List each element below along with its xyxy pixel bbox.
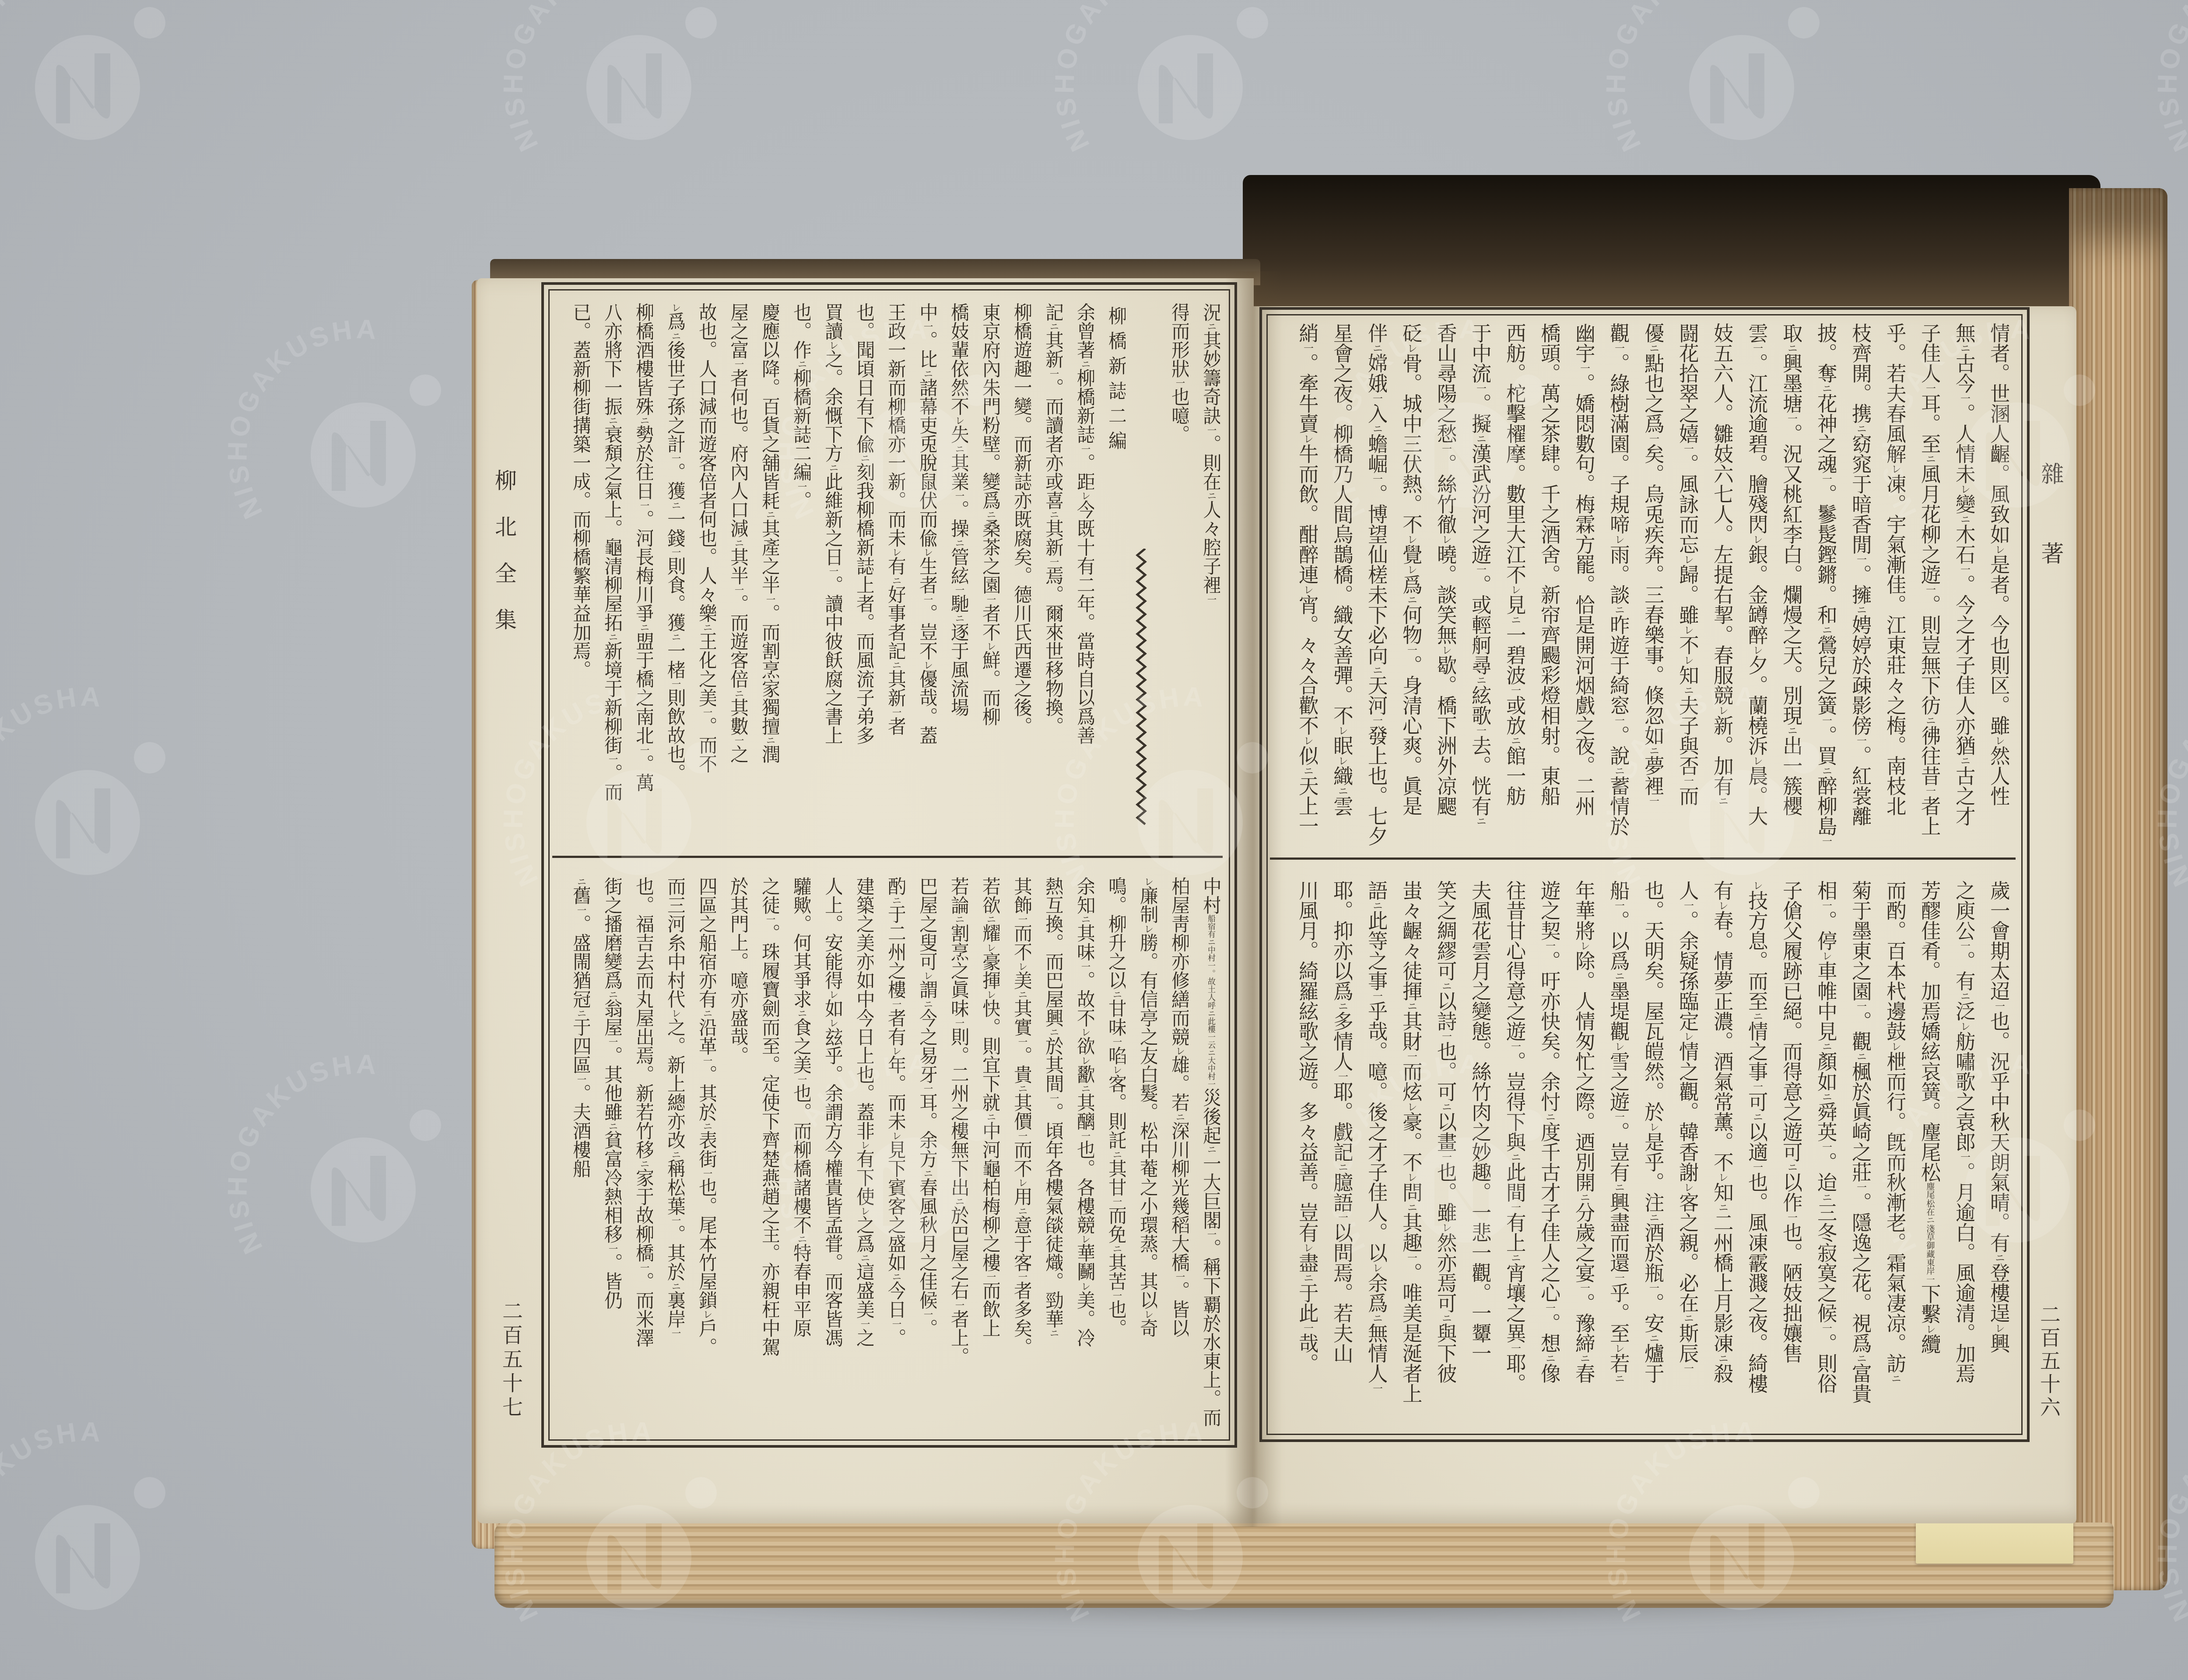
text-column: 星會之夜。柳橋乃人間烏鵲橋。織女善彈。不レ眠レ織ニ雲 [1318, 323, 1352, 848]
kunten-mark: ニ [796, 1234, 807, 1244]
kunten-mark: ⼀ [670, 679, 681, 689]
kunten-mark: ニ [1048, 322, 1059, 331]
kunten-mark: ニ [1786, 725, 1797, 735]
text-column: 也。聞頃日有下偸ニ刻我柳橋新誌上者。而風流子弟多 [842, 303, 873, 849]
text-column: 語ニ此等之事⼀乎哉。噫。後之才子佳人。以レ余爲ニ無情人⼀ [1352, 880, 1387, 1430]
kunten-mark: ⼀ [1475, 383, 1486, 393]
text-column: 夫風花雲月之變態。絲竹肉之妙趣。一悲一觀。一顰一 [1456, 880, 1490, 1430]
kunten-mark: レ [1406, 534, 1417, 544]
text-column: 笑之綢繆可ニ以詩⼀也。可ニ以畫⼀也。雖レ然亦焉可ニ與下彼 [1421, 880, 1456, 1430]
kunten-mark: レ [859, 1206, 870, 1216]
kunten-mark: ⼀ [670, 1328, 681, 1338]
text-column: 況ニ其妙籌奇訣⼀。則在ニ人々腔子裡⼀ [1189, 303, 1220, 849]
page-stack-bottom-edge [494, 1522, 2114, 1608]
kunten-mark: ⼀ [1440, 444, 1452, 454]
kunten-mark: ニ [1890, 1373, 1901, 1383]
text-column: 觀⼀。綠樹滿園。子規啼レ雨。談ニ昨遊于綺窓⼀。說ニ蓄情於 [1594, 323, 1629, 848]
kunten-mark: ニ [1440, 1313, 1452, 1323]
kunten-mark: ニ [733, 538, 744, 548]
kunten-mark: ⼀ [1855, 1001, 1866, 1011]
text-column: ニ舊⼀。盛閙猶冠ニ于四區⼀。夫酒樓船 [558, 877, 590, 1440]
kunten-mark: レ [985, 943, 996, 952]
text-column: 熱互換。而巴屋興ニ於其間⼀。頃年各樓氣燄徒熾。勁華ニ [1031, 877, 1062, 1440]
kunten-mark: ⼀ [1080, 444, 1090, 454]
kunten-mark: レ [1406, 1172, 1417, 1182]
kunten-mark: ⼀ [701, 1169, 712, 1178]
text-column: 相⼀。停レ車帷中見ニ顏如ニ舜英⼀。迨ニ三冬寂寞之候⼀。則俗 [1802, 880, 1836, 1430]
text-column: 慶應以降。百貨之舖皆耗ニ其產之半⼀。而割烹家獨擅ニ潤 [747, 303, 779, 849]
text-column: 菊于墨東之園⼀。觀ニ楓於眞崎之莊⼀。隱逸之花。視爲ニ富貴 [1836, 880, 1871, 1430]
section-title: 柳橋新誌二編 [1094, 303, 1126, 852]
kunten-mark: ⼀ [1855, 735, 1866, 745]
kunten-mark: ニ [1820, 766, 1832, 776]
kunten-mark: ニ [1475, 816, 1486, 826]
kunten-mark: ⼀ [575, 1074, 586, 1084]
kunten-mark: レ [1302, 434, 1313, 444]
text-column: 而酌。百本杙邊鼓レ枻而行。旣而秋漸老。霜氣凄凉。訪ニ [1871, 880, 1905, 1430]
kunten-mark: ニ [891, 1272, 901, 1281]
kunten-mark: ⼀ [1786, 1212, 1797, 1222]
kunten-mark: ニ [701, 1008, 712, 1018]
kunten-mark: ⼀ [1174, 1272, 1185, 1281]
kunten-mark: ニ [1080, 359, 1090, 369]
text-column: 驩歟。何其爭求ニ食之美⼀也。而柳橋諸樓不ニ特春申平原 [779, 877, 810, 1440]
kunten-mark: レ [1406, 564, 1417, 574]
text-column: 遊之契⼀。吁亦快矣。余忖ニ度千古才子佳人之心⼀。想ニ像 [1525, 880, 1560, 1430]
kunten-mark: レ [922, 660, 933, 670]
kunten-mark: ⼀ [1544, 941, 1555, 951]
text-column: 雲⼀。江流逾碧。膾殘閃レ銀。金罇醉レ夕。蘭橈泝レ晨。大 [1732, 323, 1767, 848]
page-stack-fore-edge-right [2069, 188, 2167, 1590]
kunten-mark: レ [1302, 584, 1313, 595]
kunten-mark: ⼀ [1440, 1031, 1452, 1041]
text-column: 砭レ骨。城中三伏熱。不レ覺レ爲ニ何物⼀。身清心爽。眞是 [1387, 323, 1421, 848]
kunten-mark: ニ [701, 623, 712, 632]
kunten-mark: レ [701, 1309, 712, 1319]
kunten-mark: レ [828, 990, 838, 999]
kunten-mark: ニ [1509, 615, 1521, 625]
text-column: 無ニ古今⼀。人情未レ變ニ木石⼀。今之才子佳人亦猶ニ古之才 [1940, 323, 1974, 848]
kunten-mark: レ [1924, 1324, 1936, 1334]
kunten-mark: ⼀ [1509, 1343, 1521, 1353]
kunten-mark: ニ [638, 1159, 649, 1169]
kunten-mark: ニ [764, 735, 775, 745]
kunten-mark: ニ [1613, 971, 1624, 981]
text-column: 買讀レ之。余慨下方ニ此維新之日⼀。讀中彼飫腐之書上 [810, 303, 842, 849]
kunten-mark: ⼀ [1820, 900, 1832, 910]
kunten-mark: ニ [1336, 1162, 1348, 1172]
left-page-top-register: 況ニ其妙籌奇訣⼀。則在ニ人々腔子裡⼀得而形狀⼀也噫。柳橋新誌二編余曾著ニ柳橋新誌… [557, 303, 1220, 849]
kunten-mark: レ [1017, 962, 1027, 971]
text-column: 巴屋之叟可レ謂ニ今之易牙⼀耳。余方ニ春風秋月之佳候⼀。 [905, 877, 936, 1440]
kunten-mark: ニ [954, 914, 964, 924]
text-column: 鳴。柳升之以ニ甘味⼀啗レ客。則託ニ其甘⼀而免ニ其苦⼀也。 [1094, 877, 1126, 1440]
kunten-mark: ⼀ [733, 735, 744, 745]
kunten-mark: ⼀ [1509, 685, 1521, 695]
kunten-mark: ⼀ [607, 1244, 618, 1253]
kunten-mark: ⼀ [607, 754, 618, 764]
kunten-mark: ニ [575, 1008, 586, 1018]
kunten-mark: レ [1509, 584, 1521, 595]
kunten-mark: ⼀ [1959, 1152, 1970, 1162]
kunten-mark: ⼀ [1959, 393, 1970, 403]
kunten-mark: ニ [1613, 605, 1624, 615]
kunten-mark: ニ [1048, 510, 1059, 519]
text-column: 之庾公⼀。有ニ泛レ舫嘯歌之袁郎⼀。月逾白。風逾清。加焉 [1940, 880, 1974, 1430]
kunten-mark: ニ [1111, 990, 1122, 999]
kunten-mark: ⼀ [1613, 715, 1624, 725]
text-column: 芳醪佳肴。加焉嬌絃哀簧。麈尾松麈尾松在ニ淺草御藏東岸⼀下繫レ纜 [1905, 880, 1940, 1430]
kunten-mark: ニ [1336, 1001, 1348, 1011]
text-column: 幽宇⼀。嬌悶數句。梅霖方罷。恰是開河烟戲之夜。二州 [1560, 323, 1594, 848]
kunten-mark: ニ [1820, 625, 1832, 635]
kunten-mark: レ [1751, 645, 1763, 655]
kunten-mark: レ [1406, 343, 1417, 353]
kunten-mark: レ [859, 1140, 870, 1150]
kunten-mark: ニ [828, 463, 838, 472]
kunten-mark: ニ [1406, 1001, 1417, 1011]
kunten-mark: ⼀ [985, 595, 996, 604]
kunten-mark: レ [1302, 1242, 1313, 1253]
kunten-mark: ニ [1048, 1328, 1059, 1338]
kunten-mark: ⼀ [922, 1084, 933, 1093]
kunten-mark: ⼀ [1924, 786, 1936, 796]
kunten-mark: ニ [1111, 1150, 1122, 1159]
kunten-mark: ニ [1820, 1092, 1832, 1102]
kunten-mark: レ [828, 1018, 838, 1028]
kunten-mark: ⼀ [1206, 595, 1217, 604]
kunten-mark: ニ [1648, 745, 1659, 756]
kunten-mark: ⼀ [1048, 557, 1059, 567]
kunten-mark: ニ [670, 632, 681, 642]
kunten-mark: ⼀ [1959, 941, 1970, 951]
kunten-mark: ⼀ [670, 547, 681, 557]
kunten-mark: レ [1336, 756, 1348, 766]
right-register-divider [1270, 857, 2016, 860]
section-header: 雜著 [2034, 462, 2067, 621]
kunten-mark: レ [985, 990, 996, 999]
text-column: 酌ニ于二州之樓⼀者有レ年。而未レ見下賓客之盛如ニ今日⼀。 [873, 877, 905, 1440]
kunten-mark: レ [828, 340, 838, 350]
kunten-mark: レ [1174, 1046, 1185, 1056]
kunten-mark: レ [1890, 464, 1901, 474]
text-column: 伴ニ嫦娥⼀入ニ蟾崛⼀。博望仙槎未下必向ニ天河⼀發上也。七夕 [1352, 323, 1387, 848]
kunten-mark: ニ [954, 538, 964, 548]
watermark-logo-icon [498, 0, 717, 156]
kunten-mark: レ [1080, 1234, 1090, 1244]
kunten-mark: ニ [607, 1121, 618, 1131]
kunten-mark: ニ [1717, 1353, 1728, 1363]
text-column: 乎。若夫春風解レ凍。宇氣漸佳。江東莊々之梅。南枝北 [1871, 323, 1905, 848]
kunten-mark: レ [1111, 1065, 1122, 1074]
kunten-mark: レ [1080, 1281, 1090, 1291]
kunten-mark: ⼀ [891, 707, 901, 717]
kunten-mark: ⼀ [607, 1037, 618, 1046]
text-column: 橋妓輩依然不レ失ニ其業⼀。操ニ管絃⼀馳ニ逐于風流場 [936, 303, 968, 849]
kunten-mark: ニ [1648, 1212, 1659, 1222]
kunten-mark: ⼀ [733, 585, 744, 595]
kunten-mark: ニ [1406, 595, 1417, 605]
kunten-mark: ニ [1855, 1051, 1866, 1061]
kunten-mark: ニ [1336, 786, 1348, 796]
kunten-mark: ⼀ [1048, 1093, 1059, 1103]
kunten-mark: ⼀ [1578, 363, 1590, 373]
kunten-mark: ⼀ [1475, 725, 1486, 735]
kunten-mark: ニ [891, 896, 901, 905]
kunten-mark: ⼀ [1682, 900, 1694, 910]
kunten-mark: ⼀ [1440, 1152, 1452, 1162]
kunten-mark: ニ [1682, 1313, 1694, 1323]
text-column: 其飾⼀而不レ美ニ其實⼀。貴ニ其價⼀而不レ用ニ意于客⼀者多矣。 [999, 877, 1031, 1440]
kunten-mark: ⼀ [1080, 962, 1090, 971]
kunten-mark: ニ [1017, 990, 1027, 999]
kunten-mark: ニ [1302, 1273, 1313, 1283]
kunten-mark: レ [1080, 491, 1090, 500]
kunten-mark: ニ [607, 632, 618, 642]
kunten-mark: ⼀ [954, 1300, 964, 1310]
kunten-mark: レ [891, 1131, 901, 1141]
kunten-mark: レ [1682, 1031, 1694, 1041]
kunten-mark: ニ [607, 990, 618, 999]
text-column: 已。蓋新柳街搆築一成。而柳橋繁華益加焉。 [558, 303, 590, 849]
text-column: レ廉制レ勝。有信亭之友白髮。松中菴之小環蒸。其以レ奇 [1126, 877, 1157, 1440]
kunten-mark: ⼀ [828, 566, 838, 576]
watermark-logo-icon [0, 682, 165, 891]
kunten-mark: レ [670, 303, 681, 312]
text-column: 闘花拾翠之嬉⼀。風詠而忘レ歸。雖レ不レ知ニ夫子與否⼀而 [1663, 323, 1698, 848]
kunten-mark: レ [1993, 735, 2005, 745]
kunten-mark: ⼀ [1048, 369, 1059, 378]
kunten-mark: ⼀ [1509, 1202, 1521, 1212]
kunten-mark: ニ [1820, 383, 1832, 393]
kunten-mark: ⼀ [954, 491, 964, 500]
kunten-mark: ニ [670, 1150, 681, 1159]
page-number-right: 二百五十六 [2034, 1304, 2063, 1420]
kunten-mark: ⼀ [764, 595, 775, 604]
kunten-mark: ニ [1682, 685, 1694, 695]
kunten-mark: ⼀ [859, 1319, 870, 1329]
kunten-mark: ニ [1855, 423, 1866, 434]
kunten-mark: ニ [1786, 1162, 1797, 1172]
spine-margin-title: 柳北全集 [488, 469, 520, 654]
kunten-mark: ニ [1717, 1202, 1728, 1212]
kunten-mark: レ [1080, 1056, 1090, 1065]
kunten-mark: レ [1959, 484, 1970, 494]
kunten-mark: ニ [1206, 1144, 1217, 1154]
kunten-mark: ⼀ [954, 1018, 964, 1028]
kunten-mark: レ [1406, 1102, 1417, 1112]
text-column: 人⼀。余疑孫臨定レ情之觀。韓香謝レ客之親。必在ニ斯辰⼀ [1663, 880, 1698, 1430]
kunten-mark: ⼀ [701, 1056, 712, 1065]
text-column: レ爲ニ後世子孫之計⼀。獲ニ一錢⼀則食。獲ニ一楮⼀則飲故也。 [653, 303, 684, 849]
kunten-mark: ニ [1820, 1192, 1832, 1202]
text-column: 八亦將下一振ニ衰頽之氣上。龜清柳屋拓ニ新境于新柳街⼀。而 [590, 303, 621, 849]
text-column: 於其門上。噫亦盛哉。 [716, 877, 747, 1440]
kunten-mark: ⼀ [1111, 1037, 1122, 1046]
kunten-mark: ⼀ [1302, 343, 1313, 353]
kunten-mark: ニ [1371, 665, 1382, 675]
kunten-mark: ⼀ [1924, 383, 1936, 393]
text-column: 也。作ニ柳橋新誌二編⼀。 [779, 303, 810, 849]
kunten-mark: ⼀ [1017, 914, 1027, 924]
text-column: 中村船宿有ニ中村⼀。故土人呼ニ此樓⼀云ニ大中村⼀災後起ニ一大巨閣⼀。稱下覇於水東… [1189, 877, 1220, 1440]
kunten-mark: ニ [1206, 491, 1217, 500]
text-column: 有レ春。情夢正濃。酒氣常薰。不レ知ニ二州橋上月影凍ニ殺 [1698, 880, 1732, 1430]
kunten-mark: ⼀ [1648, 796, 1659, 806]
kunten-mark: ⼀ [1336, 1071, 1348, 1081]
kunten-mark: レ [891, 547, 901, 557]
kunten-mark: ⼀ [1820, 715, 1832, 725]
kunten-mark: ニ [1959, 343, 1970, 353]
kunten-mark: ⼀ [1371, 1383, 1382, 1393]
kunten-mark: ニ [1406, 1202, 1417, 1212]
kunten-mark: ニ [1475, 434, 1486, 444]
kunten-mark: ⼀ [796, 482, 807, 491]
kunten-mark: ⼀ [764, 914, 775, 924]
text-column: 子傖父履跡已絕。而得意之遊可ニ以作⼀也。陋妓拙孃售 [1767, 880, 1802, 1430]
watermark-logo-icon [0, 0, 165, 156]
kunten-mark: ニ [1924, 454, 1936, 464]
kunten-mark: ニ [607, 416, 618, 425]
kunten-mark: ニ [1048, 1027, 1059, 1037]
kunten-mark: レ [1613, 1041, 1624, 1051]
text-column: 西舫。柁擊櫂摩。數里大江不レ見ニ一碧波⼀或放ニ館一舫 [1490, 323, 1525, 848]
text-column: 王政一新而柳橋亦一新。而未レ有ニ好事者記ニ其新⼀者 [873, 303, 905, 849]
kunten-mark: ニ [922, 369, 933, 378]
text-column: 取ニ興墨塘⼀。況又桃紅李白。爛熳之天。別現ニ出一簇櫻 [1767, 323, 1802, 848]
watermark-logo-icon [2152, 0, 2188, 156]
text-column: 蚩々齷々徒揮ニ其財⼀而炫レ豪。不レ問ニ其趣⼀。唯美是涎者上 [1387, 880, 1421, 1430]
text-column: 川風月。綺羅絃歌之遊。多々益善。豈有レ盡ニ于此⼀哉。 [1283, 880, 1318, 1430]
text-column: 枝齊開。携ニ窈窕于暗香閒⼀。擁ニ娉婷於疎影傍⼀。紅裳離 [1836, 323, 1871, 848]
page-number-left: 二百五十七 [496, 1300, 526, 1421]
kunten-mark: ⼀ [1174, 378, 1185, 388]
text-column: 于中流⼀。擬ニ漢武汾河之遊⼀。或輕舸尋ニ絃歌⼀去。恍有ニ [1456, 323, 1490, 848]
kunten-mark: レ [1993, 544, 2005, 554]
kunten-mark: ニ [1751, 1011, 1763, 1021]
kunten-mark: ⼀ [1017, 1037, 1027, 1046]
right-page-bottom-register: 歲一會期太迢⼀也。況乎中秋天朗氣晴。有ニ登樓逞レ興之庾公⼀。有ニ泛レ舫嘯歌之袁郎… [1280, 880, 2009, 1430]
kunten-mark: レ [1080, 1027, 1090, 1037]
text-column: 往昔甘心得意之遊⼀。豈得下與ニ此間⼀有上ニ宵壤之異⼀耶。 [1490, 880, 1525, 1430]
kunten-mark: ⼀ [1111, 1197, 1122, 1206]
kunten-mark: ニ [1786, 343, 1797, 353]
kunten-mark: レ [1682, 1182, 1694, 1192]
kunten-mark: ニ [1440, 1102, 1452, 1112]
kunten-mark: レ [1613, 534, 1624, 544]
text-column: 優ニ點也之爲⼀矣。烏兎疾奔。三春樂事。倏忽如ニ夢裡⼀ [1629, 323, 1663, 848]
kunten-mark: レ [922, 971, 933, 980]
kunten-mark: ニ [954, 613, 964, 623]
kunten-mark: ニ [1613, 766, 1624, 776]
photo-backdrop: 況ニ其妙籌奇訣⼀。則在ニ人々腔子裡⼀得而形狀⼀也噫。柳橋新誌二編余曾著ニ柳橋新誌… [0, 0, 2188, 1680]
text-column: 故也。人口減而遊客倍者何也。人々樂ニ王化之美⼀。而不 [684, 303, 716, 849]
kunten-mark: レ [1682, 625, 1694, 635]
text-column: 妓五六人。雛妓六七人。左提右挈。春服競レ新。加有ニ [1698, 323, 1732, 848]
kunten-mark: ニ [1371, 423, 1382, 434]
kunten-mark: ⼀ [1682, 776, 1694, 786]
kunten-mark: ⼀ [1751, 1162, 1763, 1172]
kunten-mark: レ [1751, 756, 1763, 766]
wavy-divider [1126, 303, 1157, 849]
kunten-mark: ⼀ [1111, 1291, 1122, 1300]
kunten-mark: レ [1143, 877, 1154, 886]
kunten-mark: レ [1017, 1178, 1027, 1187]
kunten-mark: ニ [1111, 1244, 1122, 1253]
kunten-mark: ⼀ [1613, 343, 1624, 353]
kunten-mark: ニ [1855, 1353, 1866, 1363]
kunten-mark: ニ [1959, 514, 1970, 524]
kunten-mark: ニ [1648, 343, 1659, 353]
text-column: 披。奪ニ花神之魂⼀。鬖髲鏗鏘。和ニ鶯兒之簧⼀。買ニ醉柳島⼀ [1802, 323, 1836, 848]
kunten-mark: ニ [764, 510, 775, 519]
text-column: 也。天明矣。屋瓦皚然。於レ是乎。注ニ酒於瓶⼀。安ニ爐于 [1629, 880, 1663, 1430]
kunten-mark: ⼀ [922, 595, 933, 604]
kunten-mark: ニ [670, 500, 681, 510]
kunten-mark: レ [922, 547, 933, 557]
watermark-logo-icon [1601, 0, 1820, 156]
kunten-mark: レ [1682, 554, 1694, 564]
kunten-mark: ニ [985, 914, 996, 924]
kunten-mark: ニ [891, 576, 901, 585]
kunten-mark: ⼀ [1406, 645, 1417, 655]
kunten-mark: ⼀ [638, 1263, 649, 1272]
kunten-mark: レ [1993, 1323, 2005, 1333]
kunten-mark: レ [1440, 645, 1452, 655]
kunten-mark: ニ [1648, 1333, 1659, 1343]
kunten-mark: ⼀ [1682, 1363, 1694, 1373]
kunten-mark: ⼀ [1924, 584, 1936, 595]
kunten-mark: レ [1336, 725, 1348, 735]
kunten-mark: ⼀ [1855, 554, 1866, 564]
kunten-mark: ⼀ [1613, 1112, 1624, 1122]
kunten-mark: ニ [985, 1112, 996, 1122]
kunten-mark: ニ [922, 1169, 933, 1178]
kunten-mark: ニ [1206, 322, 1217, 331]
kunten-mark: ⼀ [1371, 474, 1382, 484]
text-column: 子佳人⼀耳。至ニ風月花柳之遊⼀。則豈無下彷ニ彿往昔⼀者上 [1905, 323, 1940, 848]
kunten-mark: ⼀ [638, 500, 649, 510]
kunten-mark: レ [1648, 1122, 1659, 1132]
kunten-mark: ニ [701, 1121, 712, 1131]
kunten-mark: ニ [1509, 1152, 1521, 1162]
kunten-mark: レ [1717, 705, 1728, 715]
kunten-mark: レ [1717, 1172, 1728, 1182]
watermark-logo-icon [0, 1417, 165, 1626]
kunten-mark: ⼀ [1613, 900, 1624, 910]
kunten-mark: ニ [1371, 343, 1382, 353]
kunten-mark: ニ [1544, 1353, 1555, 1363]
watermark-logo-icon [1049, 0, 1268, 156]
kunten-mark: ニ [1017, 1206, 1027, 1216]
text-column: 東京府內朱門粉壁。變爲ニ桑茶之園⼀者不レ鮮。而柳 [968, 303, 999, 849]
text-column: 若欲ニ耀レ豪揮レ快。則宜下就ニ中河龜柏梅柳之樓⼀而飲上 [968, 877, 999, 1440]
kunten-mark: ニ [985, 510, 996, 519]
kunten-mark: レ [1440, 1222, 1452, 1232]
kunten-mark: ニ [1440, 981, 1452, 991]
watermark-logo-icon [222, 314, 441, 524]
kunten-mark: ⼀ [1406, 1051, 1417, 1061]
kunten-mark: ニ [1717, 796, 1728, 806]
text-column: 柏屋靑柳亦修繕而競レ雄。若ニ深川柳光幾稻大橋⼀。皆以 [1157, 877, 1189, 1440]
kunten-mark: レ [1302, 735, 1313, 745]
kunten-mark: レ [1613, 1343, 1624, 1353]
kunten-mark: ⼀ [670, 1215, 681, 1225]
kunten-mark: ニ [1544, 1112, 1555, 1122]
kunten-mark: ⼀ [922, 1309, 933, 1319]
kunten-mark: ⼀ [1371, 715, 1382, 725]
text-column: 歲一會期太迢⼀也。況乎中秋天朗氣晴。有ニ登樓逞レ興 [1974, 880, 2009, 1430]
